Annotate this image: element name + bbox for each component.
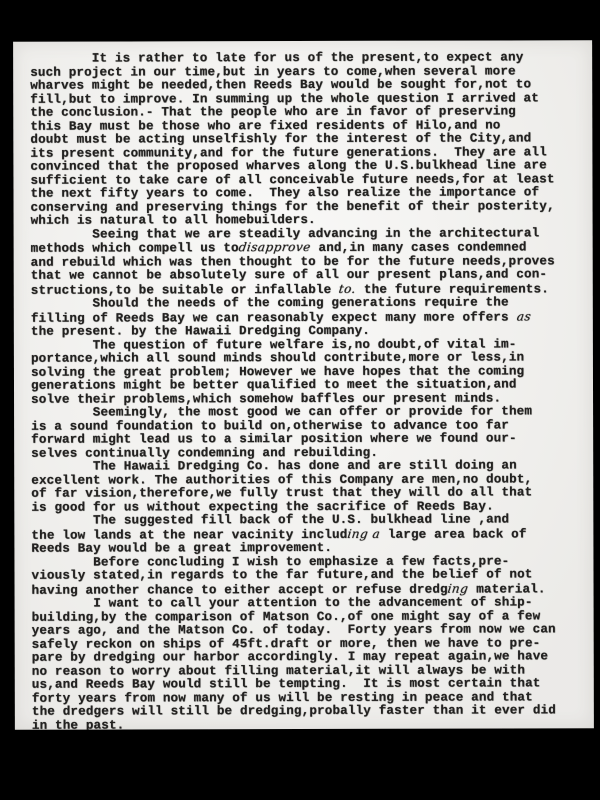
handwritten-annotation: disapprove	[238, 241, 312, 255]
handwritten-annotation: ing	[447, 582, 470, 596]
typed-text: Reeds Bay would be a great improvement.	[31, 541, 332, 556]
handwritten-annotation: as	[515, 310, 531, 324]
typed-text: which is natural to all homebuilders.	[31, 213, 316, 228]
typed-text: viously stated,in regards to the far fut…	[31, 567, 532, 582]
text-line: that we cannot be absolutely sure of all…	[31, 268, 589, 283]
typed-text: in the past.	[32, 718, 125, 730]
typed-text: the low lands at the near vacinity inclu…	[31, 527, 347, 542]
typed-text: material.	[468, 582, 545, 596]
handwritten-annotation: to.	[338, 282, 357, 296]
typed-text: large area back of	[380, 527, 526, 541]
scan-backdrop: It is rather to late for us of the prese…	[0, 0, 600, 800]
typed-text: and,in many cases condemned	[311, 240, 527, 255]
typed-text: Seeing that we are steadily advancing in…	[31, 226, 540, 241]
text-line: the dredgers will still be dredging,prob…	[32, 704, 590, 719]
text-line: viously stated,in regards to the far fut…	[31, 568, 589, 583]
typed-text: the future requirements.	[356, 282, 549, 297]
text-line: in the past.	[32, 718, 590, 730]
typed-text: filling of Reeds Bay we can reasonably e…	[31, 310, 517, 325]
typed-text: forward might lead us to a similar posit…	[31, 431, 517, 446]
typed-text: the dredgers will still be dredging,prob…	[32, 703, 556, 718]
typed-text: The suggested fill back of the U.S. bulk…	[31, 512, 509, 527]
typed-text: that we cannot be absolutely sure of all…	[31, 267, 547, 282]
document-page: It is rather to late for us of the prese…	[13, 40, 594, 730]
typed-text: methods which compell us to	[31, 241, 239, 256]
document-lines: It is rather to late for us of the prese…	[30, 51, 590, 730]
text-line: Should the needs of the coming generatio…	[31, 296, 589, 311]
handwritten-annotation: ing a	[346, 527, 381, 541]
typed-text: conserving and preserving things for the…	[31, 199, 555, 214]
typed-text: structions,to be suitable or infallable	[31, 282, 339, 297]
typed-text: Should the needs of the coming generatio…	[31, 295, 509, 310]
